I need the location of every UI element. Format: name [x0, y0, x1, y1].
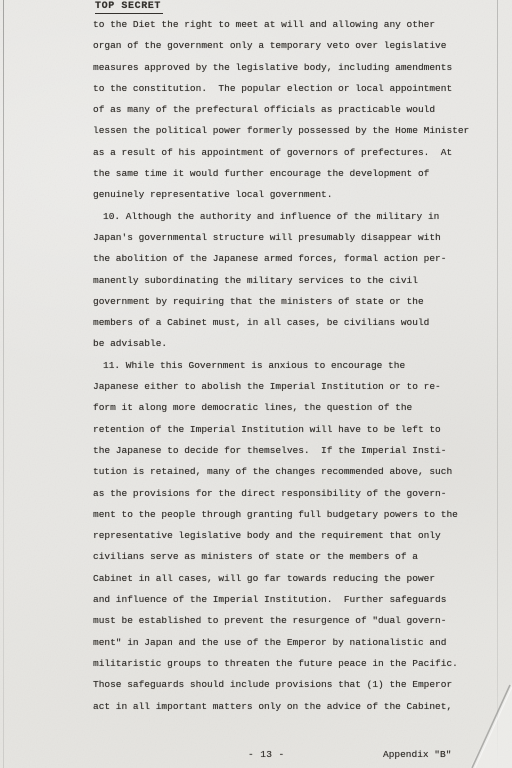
page-number: - 13 -: [248, 749, 285, 760]
scanned-document-page: TOP SECRET to the Diet the right to meet…: [0, 0, 512, 768]
typewritten-line: Japanese either to abolish the Imperial …: [93, 376, 483, 397]
appendix-label: Appendix "B": [383, 749, 451, 760]
typewritten-line: 10. Although the authority and influence…: [93, 206, 483, 227]
typewritten-line: must be established to prevent the resur…: [93, 610, 483, 631]
typewritten-line: of as many of the prefectural officials …: [93, 99, 483, 120]
typewritten-line: as the provisions for the direct respons…: [93, 483, 483, 504]
typewritten-line: Japan's governmental structure will pres…: [93, 227, 483, 248]
typewritten-line: and influence of the Imperial Institutio…: [93, 589, 483, 610]
typewritten-line: as a result of his appointment of govern…: [93, 142, 483, 163]
typewritten-line: ment" in Japan and the use of the Empero…: [93, 632, 483, 653]
scan-right-page-edge: [497, 0, 498, 768]
typewritten-line: representative legislative body and the …: [93, 525, 483, 546]
typewritten-line: genuinely representative local governmen…: [93, 184, 483, 205]
typewritten-line: Cabinet in all cases, will go far toward…: [93, 568, 483, 589]
document-body-text: to the Diet the right to meet at will an…: [93, 14, 483, 717]
typewritten-line: the Japanese to decide for themselves. I…: [93, 440, 483, 461]
typewritten-line: Those safeguards should include provisio…: [93, 674, 483, 695]
typewritten-line: be advisable.: [93, 333, 483, 354]
typewritten-line: militaristic groups to threaten the futu…: [93, 653, 483, 674]
typewritten-line: ment to the people through granting full…: [93, 504, 483, 525]
classification-stamp: TOP SECRET: [95, 1, 163, 14]
typewritten-line: to the constitution. The popular electio…: [93, 78, 483, 99]
typewritten-line: to the Diet the right to meet at will an…: [93, 14, 483, 35]
typewritten-line: manently subordinating the military serv…: [93, 270, 483, 291]
typewritten-line: government by requiring that the ministe…: [93, 291, 483, 312]
typewritten-line: civilians serve as ministers of state or…: [93, 546, 483, 567]
typewritten-line: members of a Cabinet must, in all cases,…: [93, 312, 483, 333]
typewritten-line: the same time it would further encourage…: [93, 163, 483, 184]
typewritten-line: form it along more democratic lines, the…: [93, 397, 483, 418]
typewritten-line: tution is retained, many of the changes …: [93, 461, 483, 482]
typewritten-line: lessen the political power formerly poss…: [93, 120, 483, 141]
typewritten-line: organ of the government only a temporary…: [93, 35, 483, 56]
typewritten-line: measures approved by the legislative bod…: [93, 57, 483, 78]
typewritten-line: the abolition of the Japanese armed forc…: [93, 248, 483, 269]
typewritten-line: 11. While this Government is anxious to …: [93, 355, 483, 376]
typewritten-line: act in all important matters only on the…: [93, 696, 483, 717]
typewritten-line: retention of the Imperial Institution wi…: [93, 419, 483, 440]
scan-left-page-edge: [3, 0, 4, 768]
